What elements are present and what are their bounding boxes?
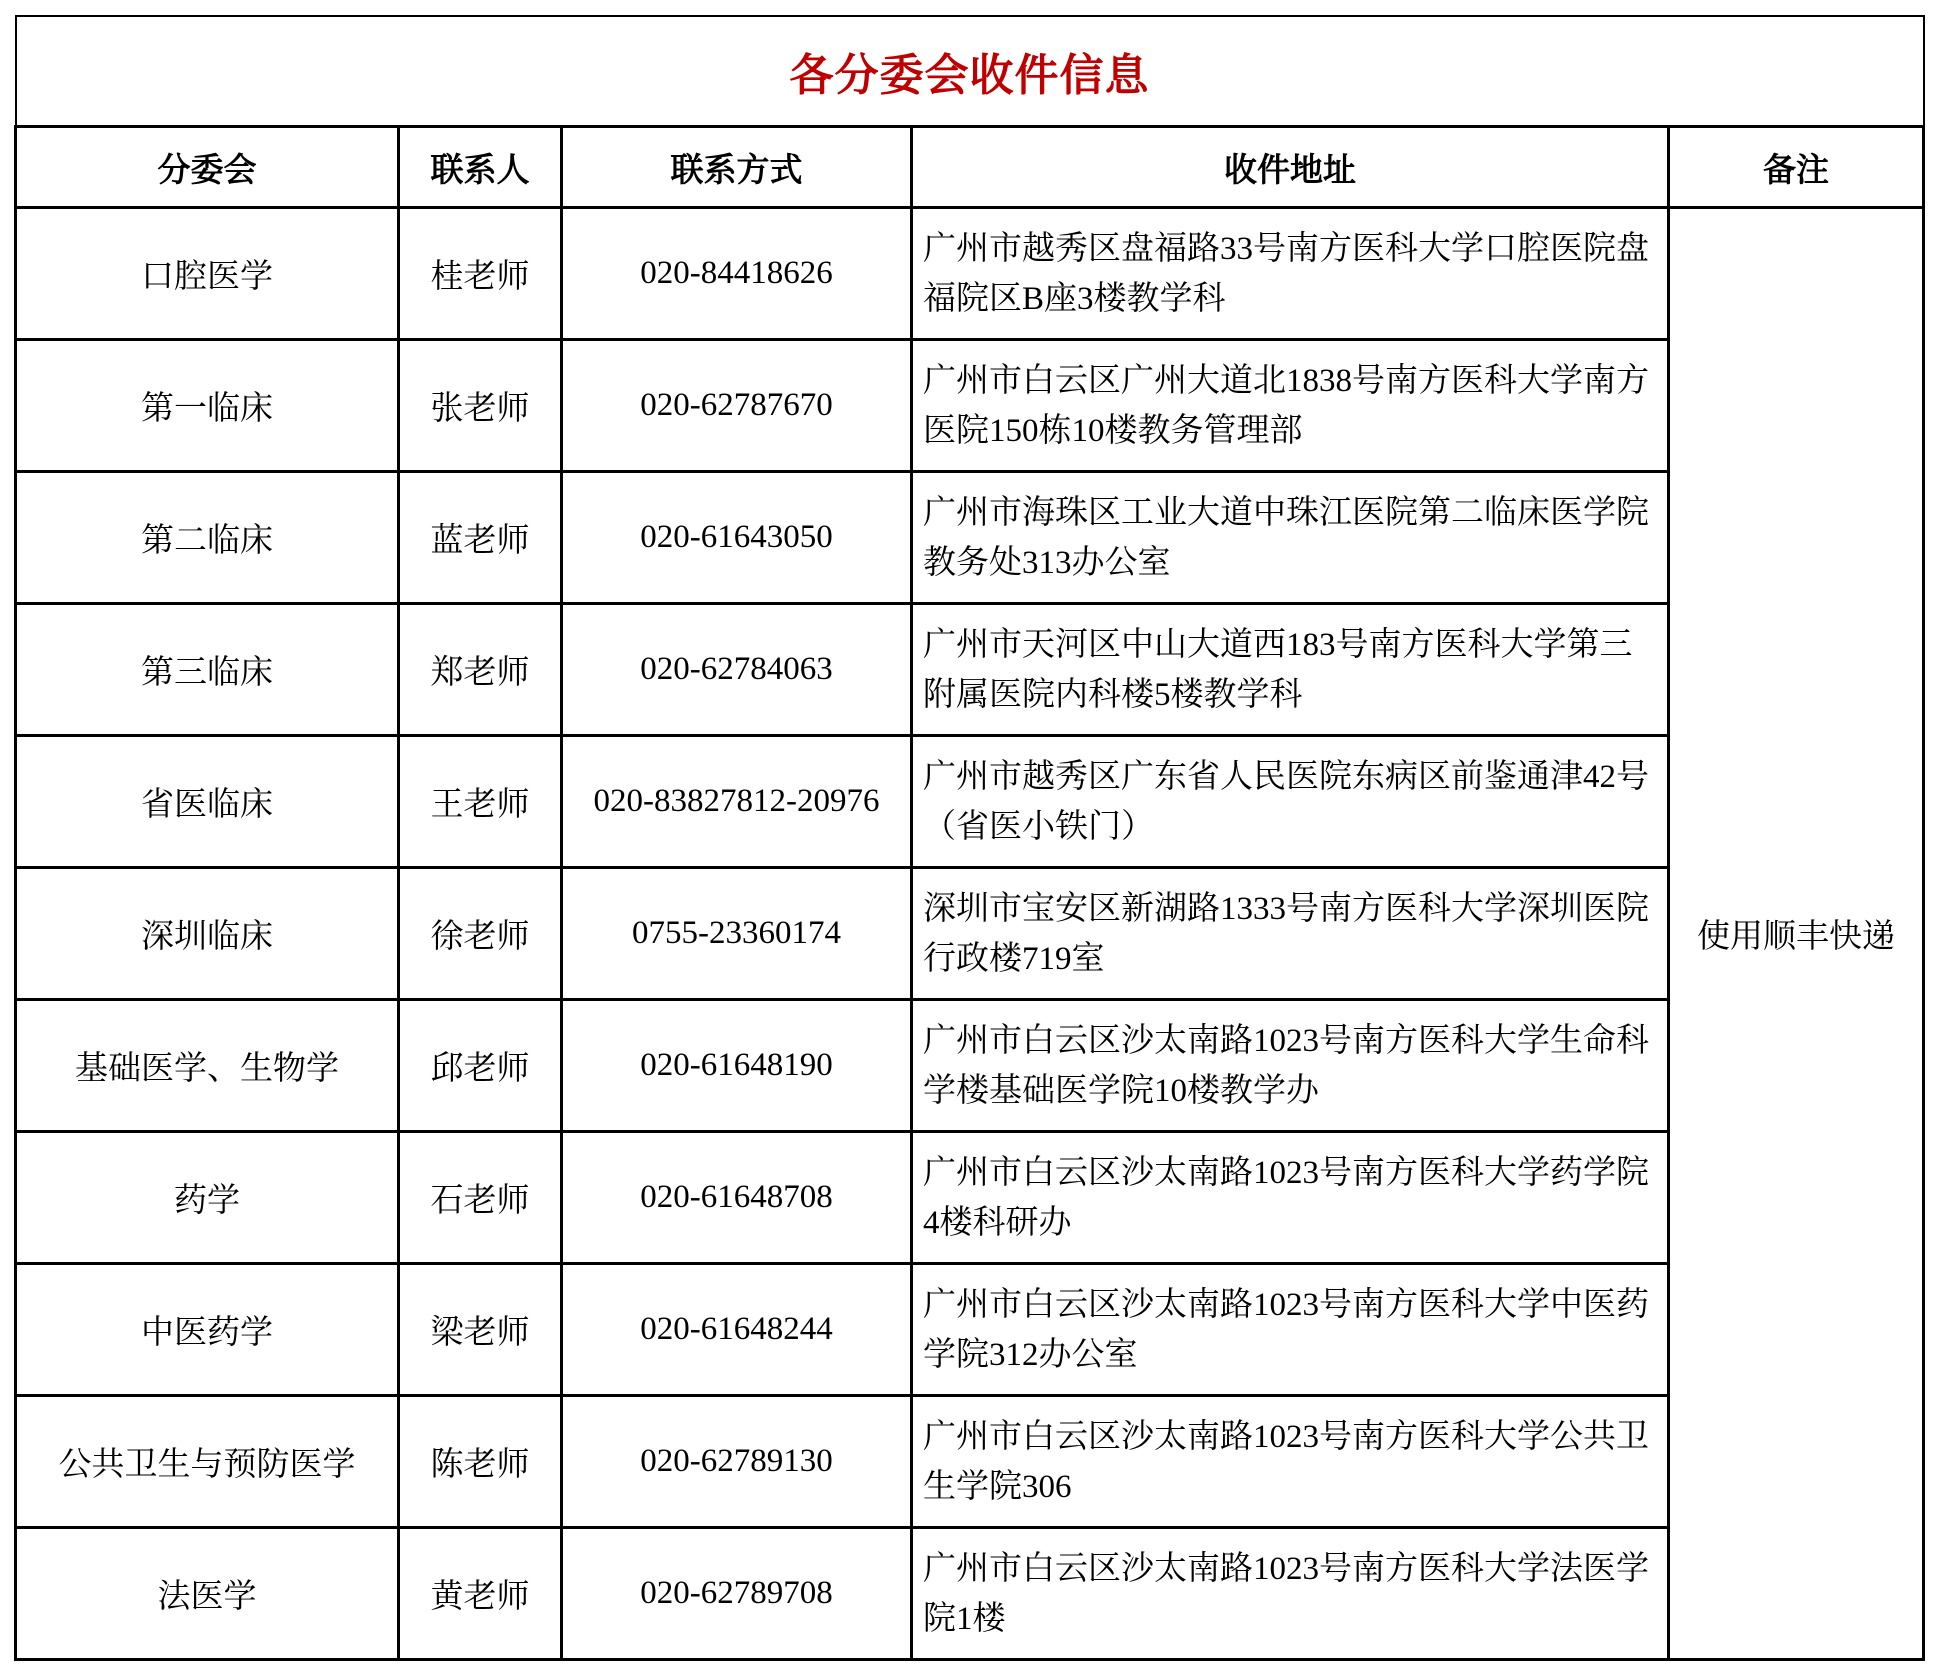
address-cell: 广州市白云区沙太南路1023号南方医科大学法医学院1楼 xyxy=(912,1528,1669,1660)
committee-cell: 口腔医学 xyxy=(16,208,399,340)
contact-cell: 黄老师 xyxy=(399,1528,562,1660)
contact-cell: 邱老师 xyxy=(399,1000,562,1132)
table-row: 基础医学、生物学 邱老师 020-61648190 广州市白云区沙太南路1023… xyxy=(16,1000,1924,1132)
header-address: 收件地址 xyxy=(912,127,1669,208)
phone-cell: 020-84418626 xyxy=(562,208,912,340)
phone-cell: 020-61648708 xyxy=(562,1132,912,1264)
committee-cell: 省医临床 xyxy=(16,736,399,868)
committee-mailing-table: 各分委会收件信息 分委会 联系人 联系方式 收件地址 备注 口腔医学 桂老师 0… xyxy=(14,15,1925,1661)
address-cell: 广州市白云区沙太南路1023号南方医科大学生命科学楼基础医学院10楼教学办 xyxy=(912,1000,1669,1132)
header-phone: 联系方式 xyxy=(562,127,912,208)
table-row: 省医临床 王老师 020-83827812-20976 广州市越秀区广东省人民医… xyxy=(16,736,1924,868)
contact-cell: 蓝老师 xyxy=(399,472,562,604)
contact-cell: 徐老师 xyxy=(399,868,562,1000)
remark-cell: 使用顺丰快递 xyxy=(1669,208,1924,1660)
phone-cell: 020-61648190 xyxy=(562,1000,912,1132)
contact-cell: 梁老师 xyxy=(399,1264,562,1396)
committee-cell: 药学 xyxy=(16,1132,399,1264)
address-cell: 广州市白云区广州大道北1838号南方医科大学南方医院150栋10楼教务管理部 xyxy=(912,340,1669,472)
header-remark: 备注 xyxy=(1669,127,1924,208)
committee-cell: 第二临床 xyxy=(16,472,399,604)
header-row: 分委会 联系人 联系方式 收件地址 备注 xyxy=(16,127,1924,208)
table-row: 第二临床 蓝老师 020-61643050 广州市海珠区工业大道中珠江医院第二临… xyxy=(16,472,1924,604)
address-cell: 广州市越秀区盘福路33号南方医科大学口腔医院盘福院区B座3楼教学科 xyxy=(912,208,1669,340)
contact-cell: 张老师 xyxy=(399,340,562,472)
committee-cell: 基础医学、生物学 xyxy=(16,1000,399,1132)
document-page: 各分委会收件信息 分委会 联系人 联系方式 收件地址 备注 口腔医学 桂老师 0… xyxy=(0,0,1936,1675)
table-row: 口腔医学 桂老师 020-84418626 广州市越秀区盘福路33号南方医科大学… xyxy=(16,208,1924,340)
title-row: 各分委会收件信息 xyxy=(16,16,1924,127)
phone-cell: 0755-23360174 xyxy=(562,868,912,1000)
committee-cell: 第三临床 xyxy=(16,604,399,736)
committee-cell: 中医药学 xyxy=(16,1264,399,1396)
contact-cell: 石老师 xyxy=(399,1132,562,1264)
address-cell: 广州市天河区中山大道西183号南方医科大学第三附属医院内科楼5楼教学科 xyxy=(912,604,1669,736)
address-cell: 深圳市宝安区新湖路1333号南方医科大学深圳医院行政楼719室 xyxy=(912,868,1669,1000)
phone-cell: 020-62789130 xyxy=(562,1396,912,1528)
address-cell: 广州市越秀区广东省人民医院东病区前鉴通津42号（省医小铁门） xyxy=(912,736,1669,868)
phone-cell: 020-61648244 xyxy=(562,1264,912,1396)
table-row: 公共卫生与预防医学 陈老师 020-62789130 广州市白云区沙太南路102… xyxy=(16,1396,1924,1528)
phone-cell: 020-62789708 xyxy=(562,1528,912,1660)
committee-cell: 深圳临床 xyxy=(16,868,399,1000)
page-title: 各分委会收件信息 xyxy=(16,16,1924,127)
table-row: 药学 石老师 020-61648708 广州市白云区沙太南路1023号南方医科大… xyxy=(16,1132,1924,1264)
address-cell: 广州市白云区沙太南路1023号南方医科大学公共卫生学院306 xyxy=(912,1396,1669,1528)
table-row: 法医学 黄老师 020-62789708 广州市白云区沙太南路1023号南方医科… xyxy=(16,1528,1924,1660)
contact-cell: 郑老师 xyxy=(399,604,562,736)
phone-cell: 020-62784063 xyxy=(562,604,912,736)
contact-cell: 王老师 xyxy=(399,736,562,868)
contact-cell: 陈老师 xyxy=(399,1396,562,1528)
phone-cell: 020-62787670 xyxy=(562,340,912,472)
address-cell: 广州市海珠区工业大道中珠江医院第二临床医学院教务处313办公室 xyxy=(912,472,1669,604)
table-row: 第一临床 张老师 020-62787670 广州市白云区广州大道北1838号南方… xyxy=(16,340,1924,472)
committee-cell: 公共卫生与预防医学 xyxy=(16,1396,399,1528)
table-row: 第三临床 郑老师 020-62784063 广州市天河区中山大道西183号南方医… xyxy=(16,604,1924,736)
header-committee: 分委会 xyxy=(16,127,399,208)
header-contact: 联系人 xyxy=(399,127,562,208)
address-cell: 广州市白云区沙太南路1023号南方医科大学中医药学院312办公室 xyxy=(912,1264,1669,1396)
committee-cell: 第一临床 xyxy=(16,340,399,472)
committee-cell: 法医学 xyxy=(16,1528,399,1660)
address-cell: 广州市白云区沙太南路1023号南方医科大学药学院4楼科研办 xyxy=(912,1132,1669,1264)
table-row: 深圳临床 徐老师 0755-23360174 深圳市宝安区新湖路1333号南方医… xyxy=(16,868,1924,1000)
table-row: 中医药学 梁老师 020-61648244 广州市白云区沙太南路1023号南方医… xyxy=(16,1264,1924,1396)
contact-cell: 桂老师 xyxy=(399,208,562,340)
phone-cell: 020-61643050 xyxy=(562,472,912,604)
phone-cell: 020-83827812-20976 xyxy=(562,736,912,868)
